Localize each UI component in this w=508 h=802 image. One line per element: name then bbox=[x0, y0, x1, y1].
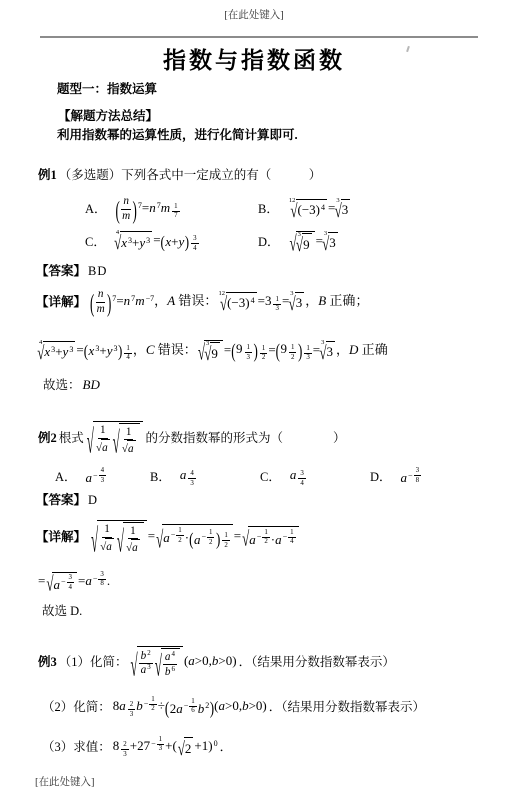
page-title: 指数与指数函数 bbox=[0, 42, 508, 75]
ex3-part1-prefix: （1）化简： bbox=[59, 654, 128, 671]
ex2-conclusion-text: 故选 D. bbox=[42, 603, 82, 620]
option-formula: (nm)7=n7m17 bbox=[116, 195, 181, 222]
header-placeholder[interactable]: [在此处键入] bbox=[0, 7, 508, 22]
ex2-option-d: D． a−38 bbox=[370, 463, 424, 491]
ex1-conclusion-answer: BD bbox=[83, 376, 100, 394]
option-key: A． bbox=[85, 201, 107, 218]
ex2-detail-line2: =√a−34=a−38. bbox=[36, 563, 112, 601]
option-formula: a−38 bbox=[401, 467, 423, 487]
option-formula: √3√9=3√3 bbox=[289, 231, 339, 254]
option-key: C． bbox=[260, 469, 281, 486]
ex3-part2-suffix: ．（结果用分数指数幂表示） bbox=[269, 699, 425, 716]
ex1-conclusion: 故选： BD bbox=[43, 376, 102, 394]
option-key: B． bbox=[150, 469, 171, 486]
option-key: D． bbox=[258, 234, 280, 251]
ex2-detail-formula2: =√a−34=a−38. bbox=[38, 571, 110, 594]
detail-label: 【详解】 bbox=[36, 529, 86, 546]
ex1-detail-line1: 【详解】 (nm)7=n7m−7，A 错误：12√(−3)4=313=3√3，B… bbox=[36, 283, 370, 321]
option-formula: a34 bbox=[290, 466, 307, 487]
ex1-option-c: C． 4√x3+y3=(x+y)34 bbox=[85, 226, 202, 258]
option-formula: a43 bbox=[180, 466, 197, 487]
ex1-conclusion-text: 故选： bbox=[43, 377, 81, 394]
ex3-part1: 例3 （1）化简： √b2a3√a4b6(a>0,b>0) ．（结果用分数指数幂… bbox=[38, 641, 395, 683]
ex1-option-d: D． √3√9=3√3 bbox=[258, 226, 341, 258]
ex2-option-c: C． a34 bbox=[260, 463, 309, 491]
ex1-stem-text: （多选题）下列各式中一定成立的有（ ） bbox=[59, 167, 322, 184]
ex3-part2: （2）化简： 8a23b−12÷(2a−16b2)(a>0,b>0) ．（结果用… bbox=[42, 687, 425, 727]
ex2-option-b: B． a43 bbox=[150, 463, 199, 491]
ex2-label: 例2 bbox=[38, 430, 57, 447]
option-formula: a−43 bbox=[86, 467, 108, 487]
ex2-stem-prefix: 根式 bbox=[59, 430, 84, 447]
method-summary-label: 【解题方法总结】 bbox=[58, 108, 158, 125]
detail-label: 【详解】 bbox=[36, 294, 86, 311]
ex1-stem: 例1 （多选题）下列各式中一定成立的有（ ） bbox=[38, 167, 321, 184]
ex2-stem-suffix: 的分数指数幂的形式为（ ） bbox=[146, 430, 346, 447]
option-formula: 4√x3+y3=(x+y)34 bbox=[115, 231, 200, 252]
ex2-detail-line1: 【详解】 √1√a√1√a=√a−12·(a−12)12=√a−12·a−14 bbox=[36, 513, 302, 561]
ex1-label: 例1 bbox=[38, 167, 57, 184]
header-rule bbox=[40, 36, 478, 38]
footer-placeholder[interactable]: [在此处键入] bbox=[35, 774, 95, 789]
ex3-part1-suffix: ．（结果用分数指数幂表示） bbox=[239, 654, 395, 671]
ex3-label: 例3 bbox=[38, 654, 57, 671]
ex3-part3-formula: 823+27−13+(√2+1)0 bbox=[113, 736, 218, 759]
ex2-answer-value: D bbox=[88, 492, 98, 509]
ex1-detail-formula2: 4√x3+y3=(x3+y3)14，C 错误：√3√9=(913)12=(912… bbox=[38, 340, 388, 363]
section-heading: 题型一：指数运算 bbox=[57, 81, 157, 98]
ex1-detail-line2: 4√x3+y3=(x3+y3)14，C 错误：√3√9=(913)12=(912… bbox=[36, 330, 390, 372]
ex1-option-a: A． (nm)7=n7m17 bbox=[85, 190, 183, 228]
option-key: A． bbox=[55, 469, 77, 486]
document-page: [在此处键入] 指数与指数函数 题型一：指数运算 【解题方法总结】 利用指数幂的… bbox=[0, 0, 508, 802]
ex2-answer-line: 【答案】 D bbox=[36, 492, 98, 509]
option-key: B． bbox=[258, 201, 279, 218]
ex1-answer-value: BD bbox=[88, 263, 107, 280]
answer-label: 【答案】 bbox=[36, 263, 86, 280]
ex3-part3-suffix: ． bbox=[220, 739, 233, 756]
option-formula: 12√(−3)4=3√3 bbox=[288, 199, 351, 219]
option-key: D． bbox=[370, 469, 392, 486]
ex2-option-a: A． a−43 bbox=[55, 463, 109, 491]
ex2-detail-formula1: √1√a√1√a=√a−12·(a−12)12=√a−12·a−14 bbox=[90, 520, 300, 555]
answer-label: 【答案】 bbox=[36, 492, 86, 509]
ex3-part2-formula: 8a23b−12÷(2a−16b2)(a>0,b>0) bbox=[113, 696, 267, 719]
ex1-detail-formula1: (nm)7=n7m−7，A 错误：12√(−3)4=313=3√3，B 正确； bbox=[90, 288, 368, 315]
ex3-part3-prefix: （3）求值： bbox=[42, 739, 111, 756]
ex1-option-b: B． 12√(−3)4=3√3 bbox=[258, 190, 353, 228]
ex2-conclusion: 故选 D. bbox=[42, 603, 82, 620]
ex3-part1-formula: √b2a3√a4b6(a>0,b>0) bbox=[130, 646, 237, 678]
ex3-part2-prefix: （2）化简： bbox=[42, 699, 111, 716]
option-key: C． bbox=[85, 234, 106, 251]
method-summary-text: 利用指数幂的运算性质，进行化简计算即可. bbox=[57, 127, 298, 144]
ex3-part3: （3）求值： 823+27−13+(√2+1)0 ． bbox=[42, 732, 232, 762]
ex1-answer-line: 【答案】 BD bbox=[36, 263, 107, 280]
ex2-stem: 例2 根式 √1√a√1√a 的分数指数幂的形式为（ ） bbox=[38, 418, 346, 458]
ex2-stem-formula: √1√a√1√a bbox=[86, 421, 144, 456]
